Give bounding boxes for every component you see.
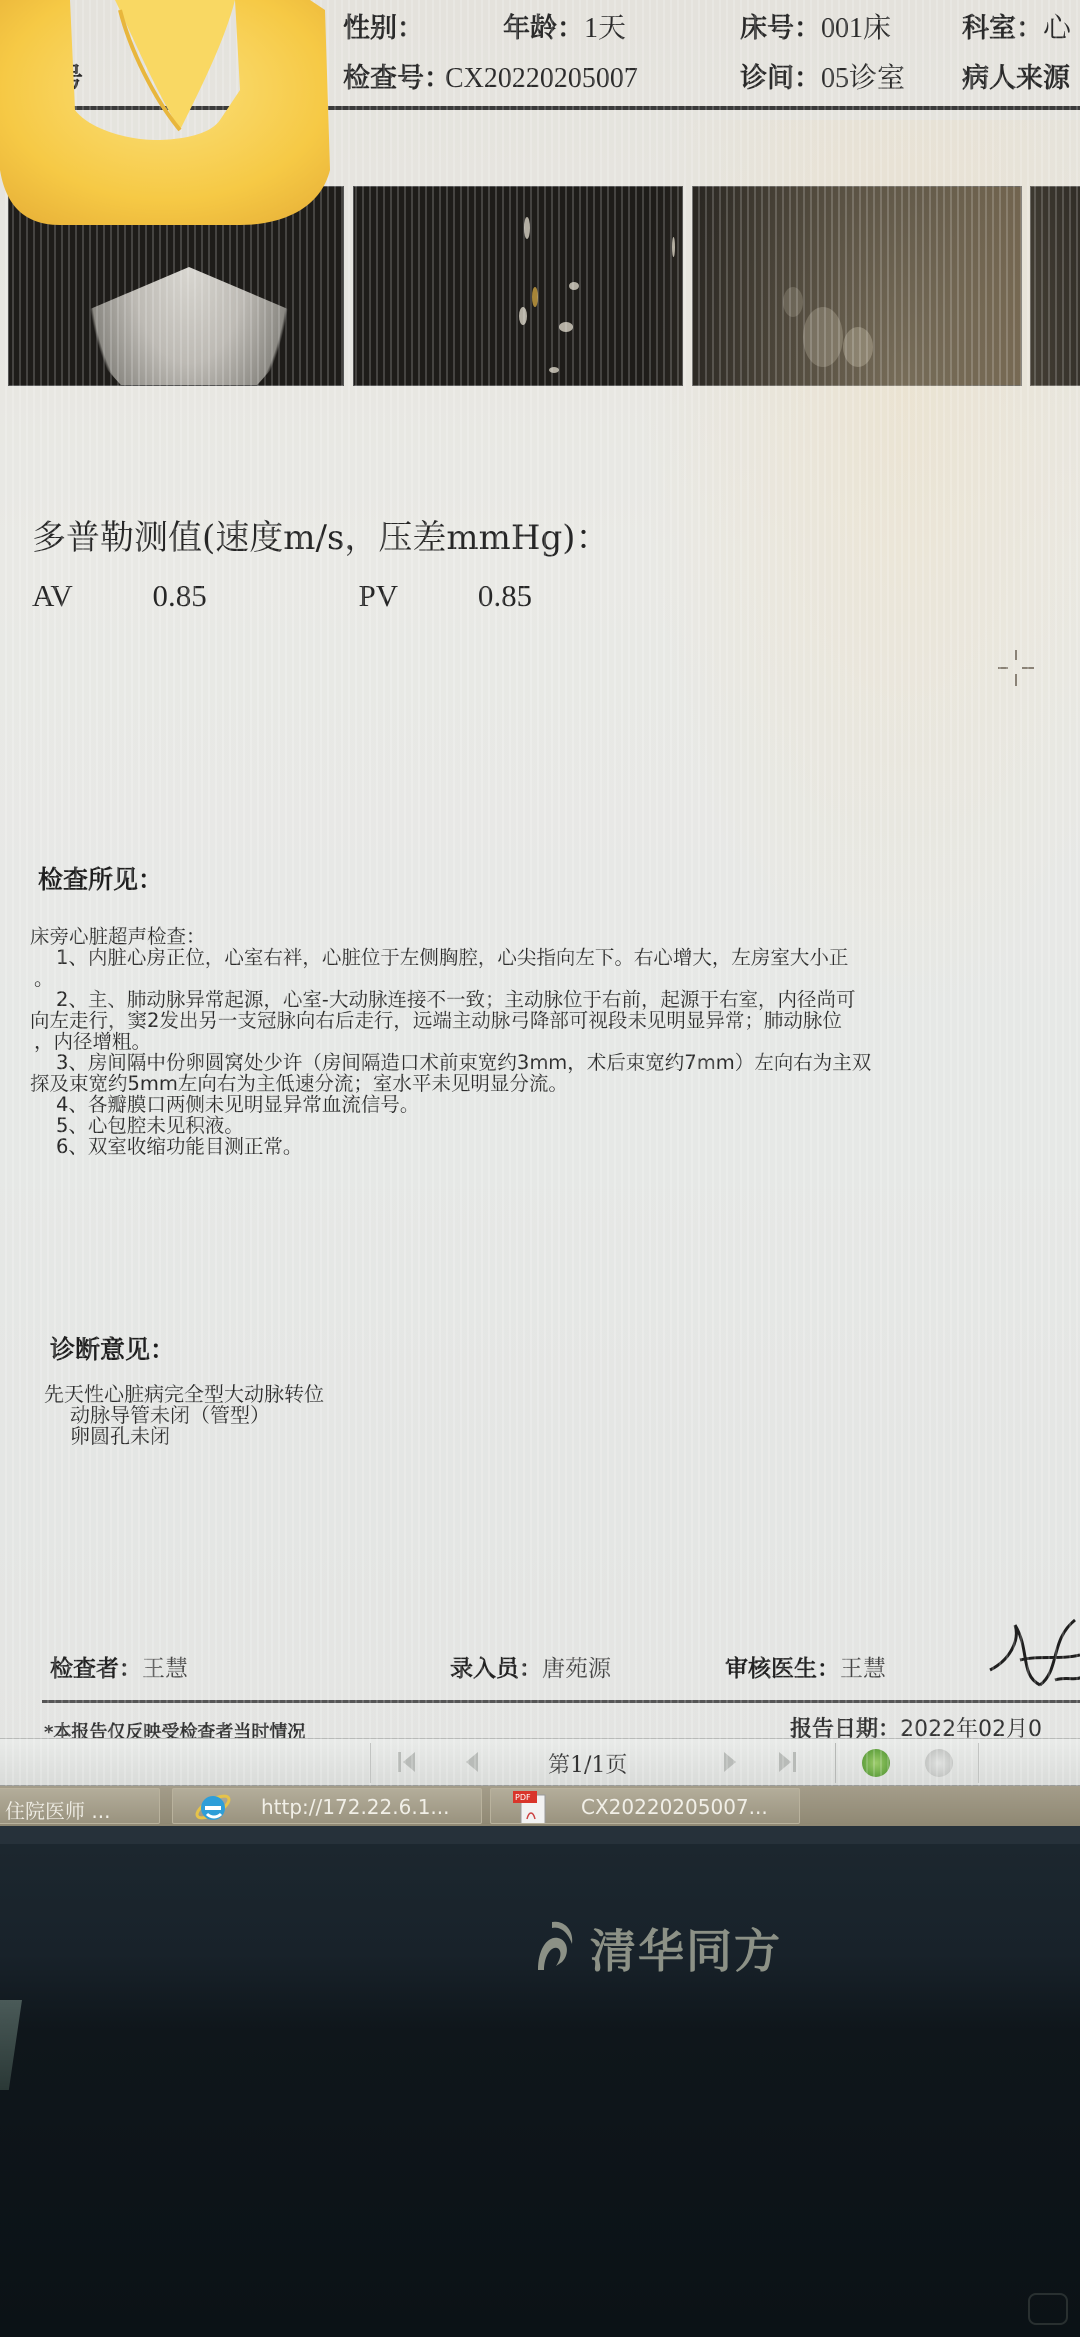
pdf-file-icon: PDF xyxy=(511,1789,551,1824)
last-page-button[interactable] xyxy=(775,1749,799,1775)
name-field: 姓名：之婴 xyxy=(2,6,197,45)
doppler-title: 多普勒测值(速度m/s，压差mmHg)： xyxy=(32,510,610,559)
findings-list: 床旁心脏超声检查： 1、内脏心房正位，心室右袢，心脏位于左侧胸腔，心尖指向左下。… xyxy=(30,926,1080,1157)
findings-line: 向左走行，窦2发出另一支冠脉向右后走行，远端主动脉弓降部可视段未见明显异常；肺动… xyxy=(30,1010,1080,1031)
diagnosis-list: 先天性心脏病完全型大动脉转位 动脉导管未闭（管型） 卵圆孔未闭 xyxy=(44,1384,324,1447)
pdf-pager-toolbar: 第1/1页 xyxy=(0,1738,1080,1786)
findings-line: 床旁心脏超声检查： xyxy=(30,926,1080,947)
handwritten-signature-icon xyxy=(980,1600,1080,1700)
examiner-field: 检查者：王慧 xyxy=(50,1650,188,1683)
findings-line: 4、各瓣膜口两侧未见明显异常血流信号。 xyxy=(30,1094,1080,1115)
prev-page-button[interactable] xyxy=(460,1749,484,1775)
taskbar-item-his[interactable]: 住院医师 ... xyxy=(0,1788,160,1824)
findings-line: 6、双室收缩功能目测正常。 xyxy=(30,1136,1080,1157)
internet-explorer-icon xyxy=(193,1790,233,1824)
page-indicator: 第1/1页 xyxy=(548,1748,627,1779)
findings-line: 5、心包腔未见积液。 xyxy=(30,1115,1080,1136)
taskbar-item-pdf[interactable]: PDF CX20220205007... xyxy=(490,1788,800,1824)
taskbar: 住院医师 ... http://172.22.6.1... PDF CX2022… xyxy=(0,1786,1080,1826)
findings-line: 1、内脏心房正位，心室右袢，心脏位于左侧胸腔，心尖指向左下。右心增大，左房室大小… xyxy=(30,947,1080,968)
ultrasound-image-4 xyxy=(1030,186,1080,386)
svg-text:PDF: PDF xyxy=(515,1793,531,1802)
taskbar-item-browser[interactable]: http://172.22.6.1... xyxy=(172,1788,482,1824)
monitor-brand: 清华同方 xyxy=(590,1915,782,1981)
room-field: 诊间：05诊室 xyxy=(740,56,905,96)
zoom-out-button[interactable] xyxy=(925,1749,953,1777)
footer-divider xyxy=(42,1700,1080,1703)
brand-logo-icon xyxy=(534,1918,576,1972)
reg-label: 登记号 xyxy=(2,56,83,95)
ultrasound-image-3 xyxy=(692,186,1022,386)
pdf-report-viewer: 姓名：之婴 性别： 年龄：1天 床号：001床 科室：心 登记号 检查号：CX2… xyxy=(0,0,1080,1818)
watermark-icon xyxy=(1028,2293,1068,2325)
header-divider xyxy=(20,106,1080,110)
recorder-field: 录入员：唐苑源 xyxy=(450,1650,611,1683)
findings-line: 。 xyxy=(30,968,1080,989)
gender-label: 性别： xyxy=(343,6,424,45)
diagnosis-title: 诊断意见： xyxy=(50,1330,175,1366)
ultrasound-sector xyxy=(89,267,289,386)
diagnosis-line: 卵圆孔未闭 xyxy=(44,1426,324,1447)
av-value: AV 0.85 xyxy=(32,578,279,613)
doppler-values: AV 0.85 PV 0.85 xyxy=(32,578,676,614)
exam-number-field: 检查号：CX20220205007 xyxy=(343,56,638,95)
bed-field: 床号：001床 xyxy=(740,6,891,46)
age-field: 年龄：1天 xyxy=(503,6,626,46)
pv-value: PV 0.85 xyxy=(359,578,605,613)
findings-line: 3、房间隔中份卵圆窝处少许（房间隔造口术前束宽约3mm，术后束宽约7mm）左向右… xyxy=(30,1052,1080,1073)
findings-line: 探及束宽约5mm左向右为主低速分流；室水平未见明显分流。 xyxy=(30,1073,1080,1094)
diagnosis-line: 动脉导管未闭（管型） xyxy=(44,1405,324,1426)
findings-line: 2、主、肺动脉异常起源，心室-大动脉连接不一致；主动脉位于右前，起源于右室，内径… xyxy=(30,989,1080,1010)
first-page-button[interactable] xyxy=(395,1749,419,1775)
patient-info-row-1: 姓名：之婴 性别： 年龄：1天 床号：001床 科室：心 xyxy=(0,0,1080,50)
diagnosis-line: 先天性心脏病完全型大动脉转位 xyxy=(44,1384,324,1405)
reviewer-field: 审核医生：王慧 xyxy=(725,1650,886,1683)
dept-field: 科室：心 xyxy=(962,6,1071,46)
findings-line: ，内径增粗。 xyxy=(30,1031,1080,1052)
source-label: 病人来源 xyxy=(962,56,1070,95)
next-page-button[interactable] xyxy=(718,1749,742,1775)
patient-info-row-2: 登记号 检查号：CX20220205007 诊间：05诊室 病人来源 xyxy=(0,50,1080,100)
monitor-bezel xyxy=(0,1826,1080,2337)
crosshair-cursor-icon xyxy=(998,650,1034,686)
ultrasound-image-2 xyxy=(353,186,683,386)
ultrasound-image-1 xyxy=(8,186,344,386)
zoom-in-button[interactable] xyxy=(862,1749,890,1777)
findings-title: 检查所见： xyxy=(38,860,163,896)
